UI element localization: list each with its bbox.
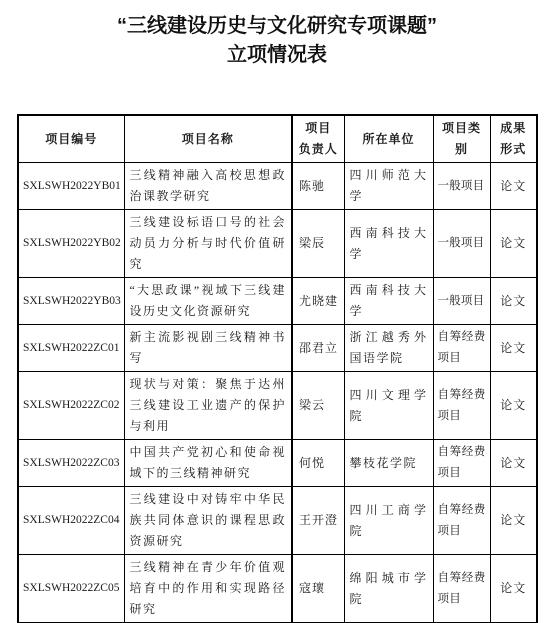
project-unit: 四川文理学院 (344, 372, 433, 440)
project-leader: 寇瓌 (292, 555, 344, 623)
page-subtitle: 立项情况表 (0, 41, 554, 70)
project-name: 三线建设中对铸牢中华民族共同体意识的课程思政资源研究 (124, 487, 292, 555)
project-form: 论文 (490, 555, 537, 623)
project-form: 论文 (490, 163, 537, 210)
table-row: SXLSWH2022ZC04 三线建设中对铸牢中华民族共同体意识的课程思政资源研… (18, 487, 537, 555)
project-form: 论文 (490, 487, 537, 555)
project-category: 自筹经费项目 (433, 487, 490, 555)
project-category: 自筹经费项目 (433, 325, 490, 372)
project-unit: 西南科技大学 (344, 278, 433, 325)
project-form: 论文 (490, 440, 537, 487)
project-name: 中国共产党初心和使命视域下的三线精神研究 (124, 440, 292, 487)
project-form: 论文 (490, 372, 537, 440)
project-form: 论文 (490, 210, 537, 278)
project-unit: 绵阳城市学院 (344, 555, 433, 623)
project-unit: 四川工商学院 (344, 487, 433, 555)
title-block: “三线建设历史与文化研究专项课题” 立项情况表 (0, 0, 554, 70)
col-header-form: 成果 形式 (490, 115, 537, 163)
project-leader: 王开澄 (292, 487, 344, 555)
project-leader: 梁云 (292, 372, 344, 440)
project-form: 论文 (490, 325, 537, 372)
project-id: SXLSWH2022ZC04 (18, 487, 124, 555)
col-header-leader: 项目 负责人 (292, 115, 344, 163)
project-id: SXLSWH2022ZC03 (18, 440, 124, 487)
page-title: “三线建设历史与文化研究专项课题” (0, 12, 554, 41)
project-id: SXLSWH2022ZC01 (18, 325, 124, 372)
table-row: SXLSWH2022ZC01 新主流影视剧三线精神书写 邵君立 浙江越秀外国语学… (18, 325, 537, 372)
project-category: 自筹经费项目 (433, 555, 490, 623)
project-unit: 四川师范大学 (344, 163, 433, 210)
project-form: 论文 (490, 278, 537, 325)
project-unit: 攀枝花学院 (344, 440, 433, 487)
table-row: SXLSWH2022ZC05 三线精神在青少年价值观培育中的作用和实现路径研究 … (18, 555, 537, 623)
project-category: 一般项目 (433, 210, 490, 278)
project-name: 现状与对策：聚焦于达州三线建设工业遗产的保护与利用 (124, 372, 292, 440)
project-category: 自筹经费项目 (433, 440, 490, 487)
project-leader: 陈驰 (292, 163, 344, 210)
project-leader: 梁辰 (292, 210, 344, 278)
project-name: 三线建设标语口号的社会动员力分析与时代价值研究 (124, 210, 292, 278)
project-name: 三线精神在青少年价值观培育中的作用和实现路径研究 (124, 555, 292, 623)
project-unit: 浙江越秀外国语学院 (344, 325, 433, 372)
project-unit: 西南科技大学 (344, 210, 433, 278)
project-approval-table: 项目编号 项目名称 项目 负责人 所在单位 项目类别 成果 形式 SXLSWH2… (17, 114, 538, 623)
col-header-category: 项目类别 (433, 115, 490, 163)
project-id: SXLSWH2022YB03 (18, 278, 124, 325)
project-category: 自筹经费项目 (433, 372, 490, 440)
project-id: SXLSWH2022YB02 (18, 210, 124, 278)
col-header-project-id: 项目编号 (18, 115, 124, 163)
project-id: SXLSWH2022ZC05 (18, 555, 124, 623)
table-row: SXLSWH2022YB03 “大思政课”视域下三线建设历史文化资源研究 尤晓建… (18, 278, 537, 325)
table-row: SXLSWH2022YB02 三线建设标语口号的社会动员力分析与时代价值研究 梁… (18, 210, 537, 278)
col-header-project-name: 项目名称 (124, 115, 292, 163)
project-id: SXLSWH2022YB01 (18, 163, 124, 210)
project-name: 新主流影视剧三线精神书写 (124, 325, 292, 372)
project-category: 一般项目 (433, 163, 490, 210)
project-leader: 何悦 (292, 440, 344, 487)
col-header-unit: 所在单位 (344, 115, 433, 163)
project-leader: 尤晓建 (292, 278, 344, 325)
project-name: 三线精神融入高校思想政治课教学研究 (124, 163, 292, 210)
project-name: “大思政课”视域下三线建设历史文化资源研究 (124, 278, 292, 325)
table-row: SXLSWH2022YB01 三线精神融入高校思想政治课教学研究 陈驰 四川师范… (18, 163, 537, 210)
document-page: “三线建设历史与文化研究专项课题” 立项情况表 项目编号 项目名称 项目 负责人… (0, 0, 554, 623)
header-row: 项目编号 项目名称 项目 负责人 所在单位 项目类别 成果 形式 (18, 115, 537, 163)
table-row: SXLSWH2022ZC03 中国共产党初心和使命视域下的三线精神研究 何悦 攀… (18, 440, 537, 487)
table-row: SXLSWH2022ZC02 现状与对策：聚焦于达州三线建设工业遗产的保护与利用… (18, 372, 537, 440)
project-leader: 邵君立 (292, 325, 344, 372)
project-category: 一般项目 (433, 278, 490, 325)
project-id: SXLSWH2022ZC02 (18, 372, 124, 440)
